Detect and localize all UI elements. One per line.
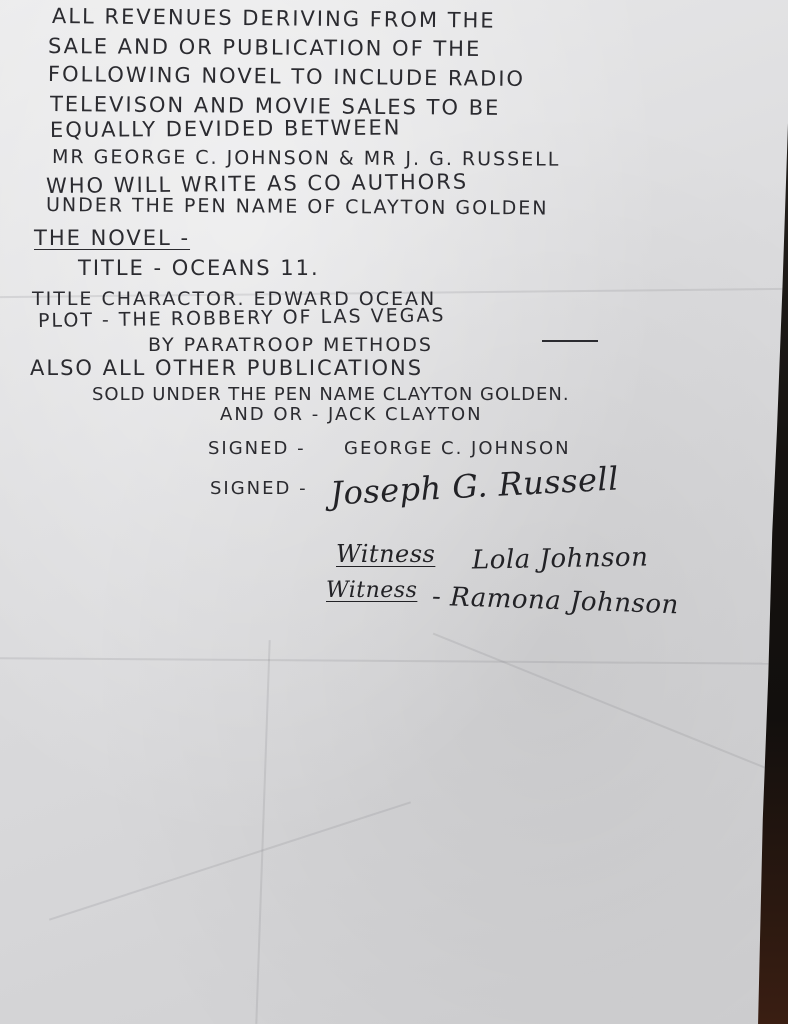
- paper-sheet: All Revenues Deriving From The Sale And …: [0, 0, 788, 1024]
- witness-label: Witness: [336, 542, 435, 566]
- witness-label: Witness: [326, 580, 417, 602]
- signature-george-johnson: George C. Johnson: [344, 440, 571, 458]
- signature-joseph-russell: Joseph G. Russell: [329, 462, 619, 509]
- agreement-line: Who Will Write As Co Authors: [46, 172, 468, 197]
- agreement-line: Equally Devided Between: [50, 118, 402, 141]
- plot-line: Plot - The Robbery Of Las Vegas: [38, 306, 446, 331]
- fold-crease: [255, 640, 270, 1024]
- other-publications-line: Sold Under The Pen Name Clayton Golden.: [92, 386, 570, 404]
- signed-label: Signed -: [208, 440, 306, 458]
- agreement-line: Sale And Or Publication Of The: [48, 36, 481, 60]
- other-publications-line: Also All Other Publications: [30, 358, 423, 379]
- signature-ramona-johnson: - Ramona Johnson: [432, 584, 680, 619]
- agreement-line: Mr George C. Johnson & Mr J. G. Russell: [52, 148, 560, 170]
- signature-lola-johnson: Lola Johnson: [472, 544, 649, 573]
- novel-heading: The Novel -: [34, 228, 190, 249]
- plot-line: By Paratroop Methods: [148, 336, 433, 355]
- novel-title: Title - Oceans 11.: [78, 258, 320, 279]
- agreement-line: Under The Pen Name Of Clayton Golden: [46, 196, 549, 219]
- agreement-line: Following Novel To Include Radio: [48, 64, 525, 90]
- other-publications-line: And Or - Jack Clayton: [220, 406, 483, 424]
- agreement-line: All Revenues Deriving From The: [52, 6, 496, 32]
- fold-crease: [0, 657, 788, 665]
- fold-crease: [49, 801, 411, 920]
- agreement-line: Televison And Movie Sales To Be: [50, 94, 501, 119]
- underline-rule: [542, 340, 598, 342]
- fold-crease: [433, 633, 768, 770]
- signed-label: Signed -: [210, 480, 308, 498]
